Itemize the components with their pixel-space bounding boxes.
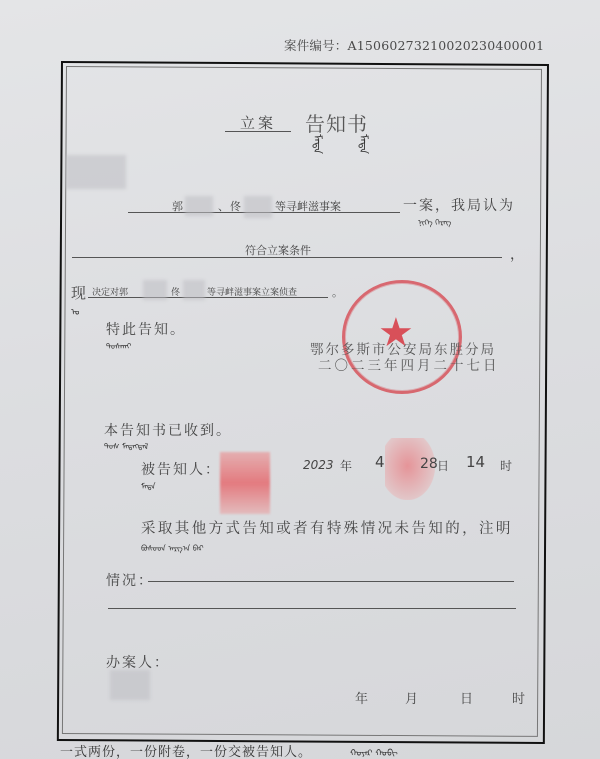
- case-line-suffix: 一案，我局认为: [403, 195, 515, 215]
- situation-line-2: [108, 608, 516, 609]
- officer-day-char: 日: [460, 688, 475, 707]
- document-inner-frame: [62, 66, 542, 737]
- receipt-day-char: 日: [437, 457, 451, 474]
- other-method-instruction: 采取其他方式告知或者有特殊情况未告知的，注明: [141, 517, 513, 538]
- redacted-name2: [244, 196, 272, 218]
- decision-part3: 等寻衅滋事案立案侦查: [207, 285, 297, 298]
- receipt-confirmation: 本告知书已收到。: [104, 420, 232, 440]
- handwritten-hour: 14: [466, 453, 485, 471]
- redacted-recipient-signature: [220, 452, 270, 514]
- redacted-name1: [185, 196, 213, 216]
- mongolian-recipient: ᠮᠡᠳᠡ: [141, 478, 156, 492]
- handwritten-year: 2023: [303, 458, 334, 472]
- mongolian-title: ᠮᠡᠳᠡ: [308, 134, 327, 154]
- decision-part1: 决定对郭: [92, 285, 128, 298]
- case-number: 案件编号：A15060273210020230400001: [284, 36, 544, 54]
- decision-prefix: 现: [71, 282, 88, 303]
- case-name-separator: 、: [218, 198, 229, 214]
- situation-line-1: [148, 581, 514, 582]
- issue-date: 二〇二三年四月二十七日: [318, 354, 500, 374]
- redacted-block: [66, 155, 126, 189]
- mongolian-instruction: ᠪᠤᠰᠤᠳ ᠠᠷᠭ᠎ᠠ ᠪᠠᠷ: [141, 540, 204, 554]
- mongolian-special-notice: ᠲᠤᠰᠬᠠᠢ: [106, 338, 131, 352]
- officer-hour-char: 时: [512, 688, 527, 707]
- title-underline: [225, 131, 291, 132]
- redacted-decision-name1: [143, 280, 167, 300]
- decision-suffix: 。: [332, 284, 345, 300]
- condition-filled: 符合立案条件: [245, 242, 311, 258]
- officer-year-char: 年: [355, 688, 370, 707]
- officer-month-char: 月: [405, 688, 420, 707]
- mongolian-receipt: ᠲᠤᠰ ᠮᠡᠳᠡᠭᠳᠡᠯ: [104, 438, 148, 452]
- receipt-hour-char: 时: [500, 457, 514, 474]
- redacted-officer-name: [110, 670, 150, 700]
- officer-label: 办案人：: [106, 652, 170, 672]
- special-notice: 特此告知。: [106, 319, 186, 339]
- mongolian-footer: ᠬᠣᠶᠠᠷ ᠬᠤᠪᠢ: [350, 743, 398, 759]
- mongolian-case-line: ᠨᠢᠭᠡ ᠬᠡᠷᠡᠭ: [418, 214, 451, 228]
- receipt-year-char: 年: [340, 457, 354, 474]
- redacted-decision-name2: [183, 280, 205, 300]
- decision-part2: 佟: [171, 285, 180, 298]
- recipient-label: 被告知人：: [141, 459, 221, 479]
- handwritten-month: 4: [375, 453, 385, 471]
- case-number-label: 案件编号：: [284, 38, 348, 53]
- case-description: 等寻衅滋事案: [275, 198, 341, 214]
- copies-note: 一式两份，一份附卷，一份交被告知人。: [60, 741, 312, 759]
- handwritten-day: 28: [420, 456, 438, 472]
- mongolian-title-2: ᠮᠡᠳᠡ: [354, 134, 373, 154]
- condition-suffix: ，: [510, 244, 526, 264]
- situation-label: 情况：: [106, 570, 154, 590]
- case-name1: 郭: [172, 198, 183, 214]
- document-title: 告知书: [305, 108, 368, 137]
- case-number-value: A15060273210020230400001: [348, 38, 545, 53]
- title-type-filled: 立案: [240, 112, 276, 133]
- case-name2: 佟: [230, 198, 241, 214]
- mongolian-decision: ᠣ: [71, 302, 79, 318]
